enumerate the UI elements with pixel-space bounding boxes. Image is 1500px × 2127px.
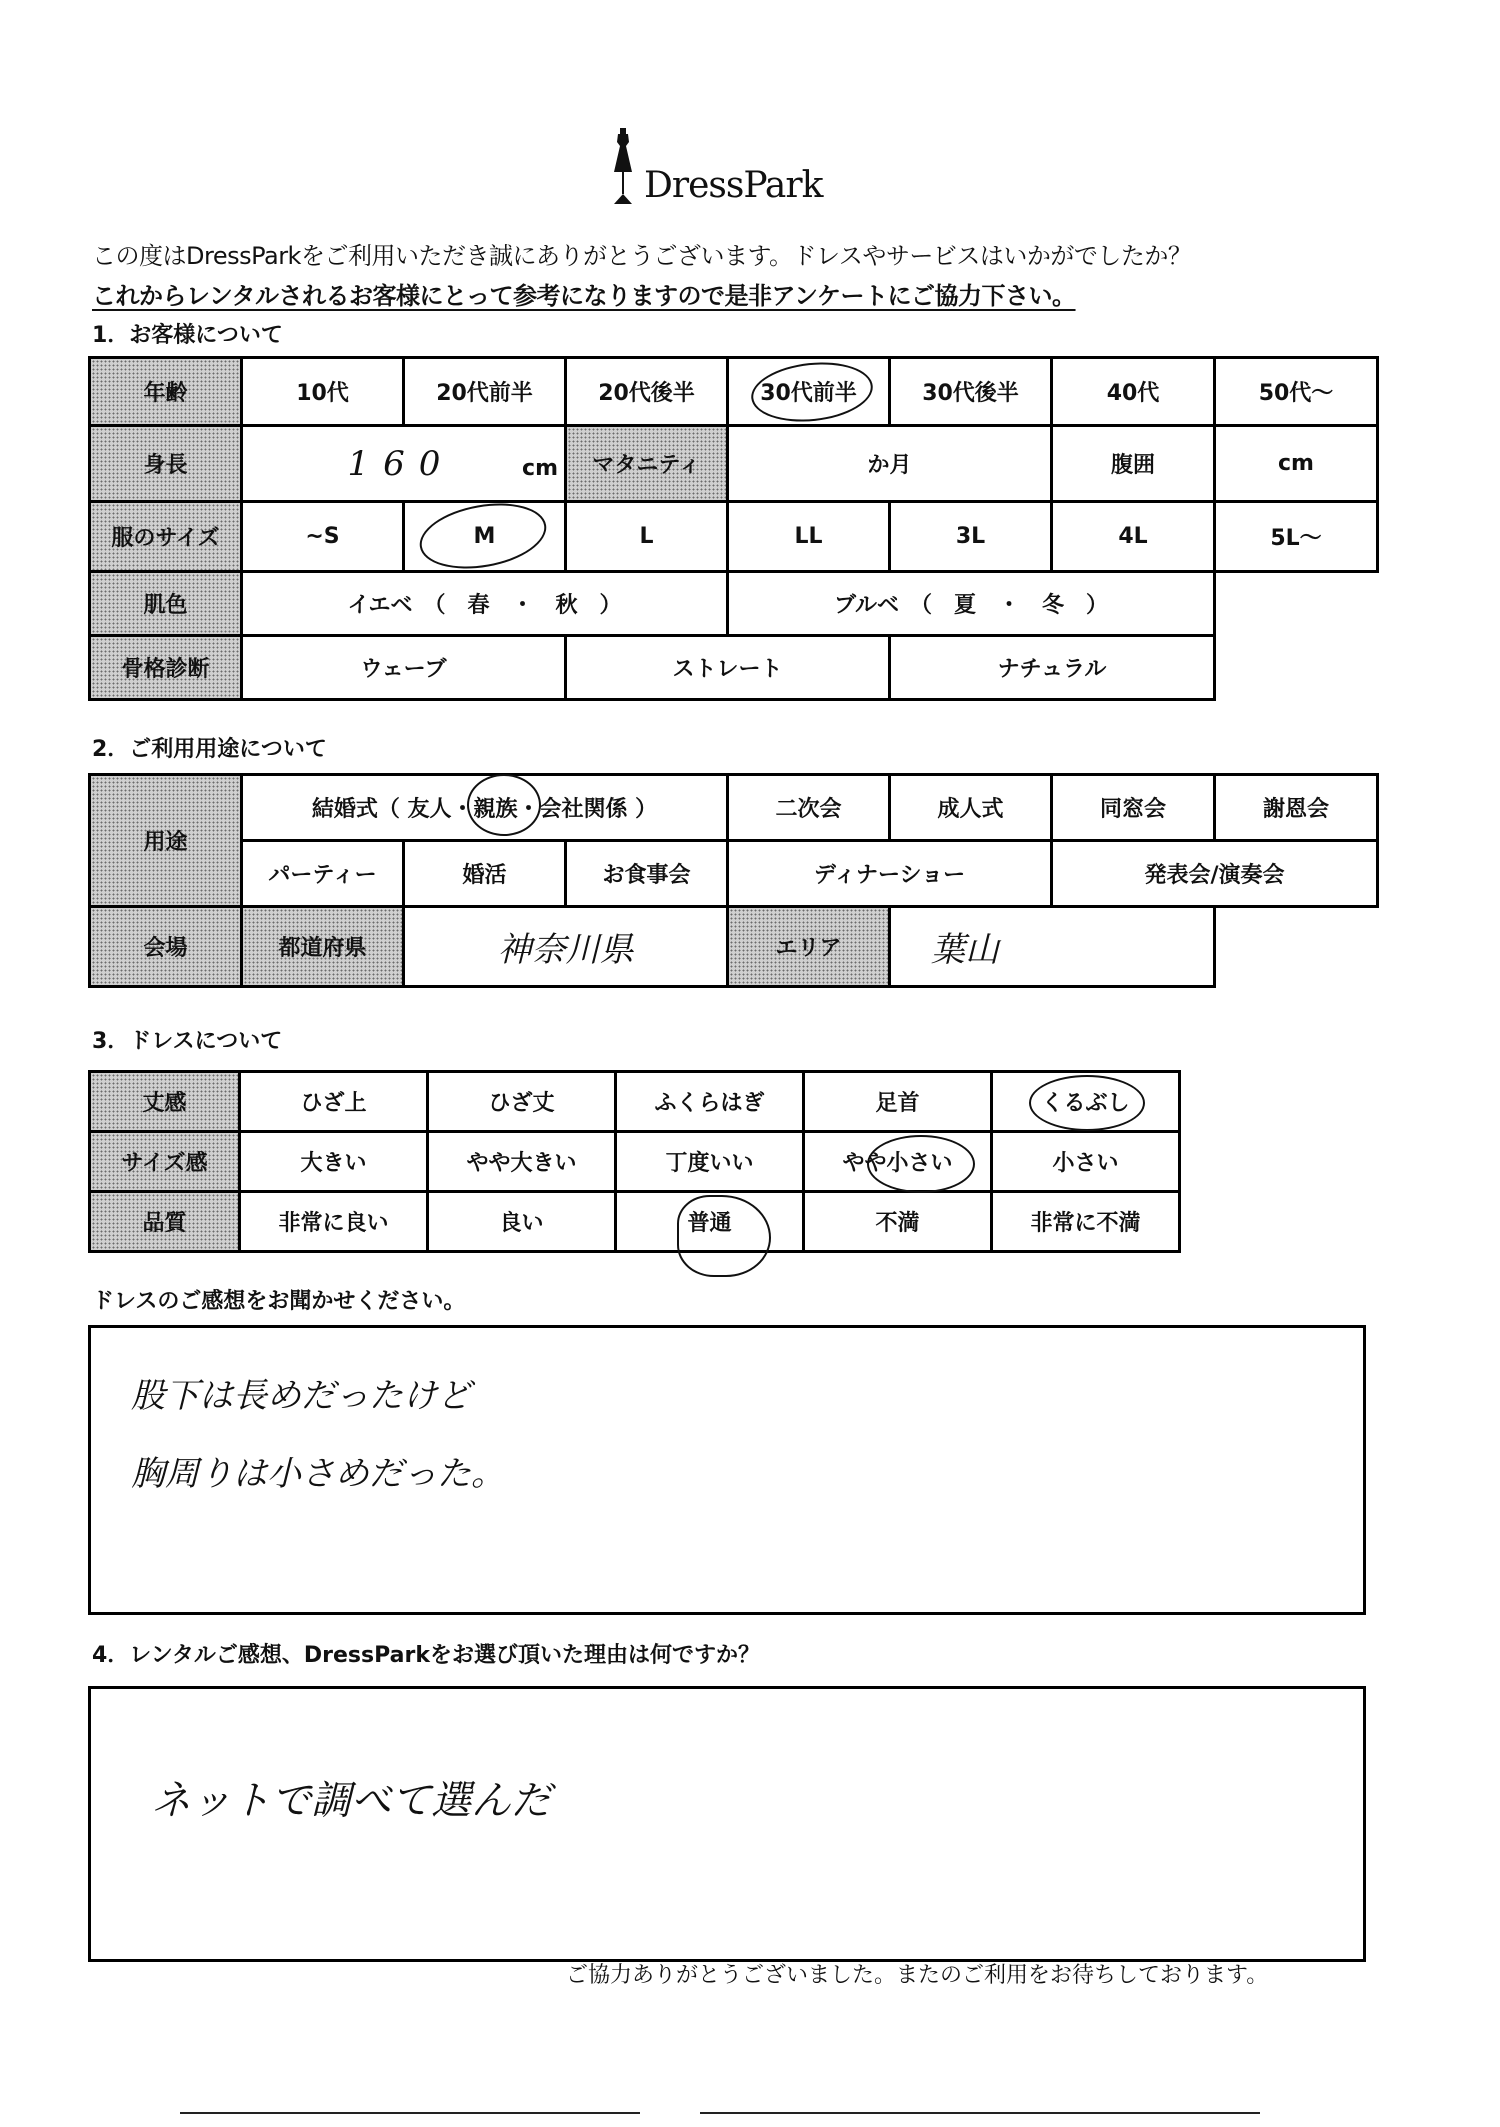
fit-option-selected[interactable]: やや小さい <box>804 1132 992 1192</box>
purpose-option[interactable]: 謝恩会 <box>1215 775 1378 841</box>
thanks-message: ご協力ありがとうございました。またのご利用をお待ちしております。 <box>566 1958 1268 1989</box>
dresspark-logo: DressPark <box>608 128 822 206</box>
size-option-selected[interactable]: M <box>404 502 566 572</box>
fit-row: サイズ感 大きい やや大きい 丁度いい やや小さい 小さい <box>90 1132 1180 1192</box>
venue-row: 会場 都道府県 神奈川県 エリア 葉山 <box>90 907 1378 987</box>
fit-option[interactable]: 小さい <box>992 1132 1180 1192</box>
fit-option-label: やや小さい <box>842 1151 952 1176</box>
waist-field[interactable]: cm <box>1215 426 1378 502</box>
quality-option[interactable]: 非常に不満 <box>992 1192 1180 1252</box>
length-option[interactable]: ひざ丈 <box>428 1072 616 1132</box>
purpose-label: 用途 <box>90 775 242 907</box>
length-row: 丈感 ひざ上 ひざ丈 ふくらはぎ 足首 くるぶし <box>90 1072 1180 1132</box>
size-option-label: M <box>474 524 496 549</box>
purpose-option[interactable]: お食事会 <box>566 841 728 907</box>
height-label: 身長 <box>90 426 242 502</box>
reason-answer-box[interactable]: ネットで調べて選んだ <box>88 1686 1366 1962</box>
maternity-months-field[interactable]: か月 <box>728 426 1052 502</box>
age-option-label: 30代前半 <box>760 381 857 406</box>
reason-answer: ネットで調べて選んだ <box>151 1769 551 1826</box>
dress-table: 丈感 ひざ上 ひざ丈 ふくらはぎ 足首 くるぶし サイズ感 大きい やや大きい … <box>88 1070 1181 1253</box>
age-option[interactable]: 30代後半 <box>890 358 1052 426</box>
size-option[interactable]: L <box>566 502 728 572</box>
area-value: 葉山 <box>931 930 999 970</box>
age-option[interactable]: 20代後半 <box>566 358 728 426</box>
length-option[interactable]: ひざ上 <box>240 1072 428 1132</box>
purpose-option[interactable]: 二次会 <box>728 775 890 841</box>
skeleton-option[interactable]: ストレート <box>566 636 890 700</box>
quality-option[interactable]: 不満 <box>804 1192 992 1252</box>
dress-form-icon <box>608 128 638 206</box>
quality-label: 品質 <box>90 1192 240 1252</box>
purpose-row-1: 用途 結婚式（ 友人・親族・会社関係 ） 二次会 成人式 同窓会 謝恩会 <box>90 775 1378 841</box>
section3-title: 3．ドレスについて <box>92 1024 282 1055</box>
height-row: 身長 160 cm マタニティ か月 腹囲 cm <box>90 426 1378 502</box>
maternity-unit: か月 <box>867 453 911 478</box>
fit-option[interactable]: やや大きい <box>428 1132 616 1192</box>
size-option[interactable]: 5L～ <box>1215 502 1378 572</box>
signature-line <box>700 2112 1260 2114</box>
age-option[interactable]: 10代 <box>242 358 404 426</box>
skin-label: 肌色 <box>90 572 242 636</box>
skin-option[interactable]: ブルベ （ 夏 ・ 冬 ） <box>728 572 1215 636</box>
skin-row: 肌色 イエベ （ 春 ・ 秋 ） ブルベ （ 夏 ・ 冬 ） <box>90 572 1378 636</box>
section1-title: 1．お客様について <box>92 318 283 349</box>
customer-info-table: 年齢 10代 20代前半 20代後半 30代前半 30代後半 40代 50代～ … <box>88 356 1379 701</box>
dress-comment-line: 胸周りは小さめだった。 <box>131 1446 505 1495</box>
age-row: 年齢 10代 20代前半 20代後半 30代前半 30代後半 40代 50代～ <box>90 358 1378 426</box>
waist-unit: cm <box>1278 451 1314 476</box>
purpose-option[interactable]: 成人式 <box>890 775 1052 841</box>
fit-option[interactable]: 丁度いい <box>616 1132 804 1192</box>
purpose-option-wedding[interactable]: 結婚式（ 友人・親族・会社関係 ） <box>242 775 728 841</box>
brand-name: DressPark <box>644 165 822 206</box>
intro-text: この度はDressParkをご利用いただき誠にありがとうございます。ドレスやサー… <box>92 236 1191 271</box>
purpose-table: 用途 結婚式（ 友人・親族・会社関係 ） 二次会 成人式 同窓会 謝恩会 パーテ… <box>88 773 1379 988</box>
size-label: 服のサイズ <box>90 502 242 572</box>
signature-line <box>180 2112 640 2114</box>
section2-title: 2．ご利用用途について <box>92 732 327 763</box>
skin-option[interactable]: イエベ （ 春 ・ 秋 ） <box>242 572 728 636</box>
quality-option-label: 普通 <box>687 1211 731 1236</box>
height-value: 160 <box>347 444 454 484</box>
purpose-option[interactable]: 同窓会 <box>1052 775 1215 841</box>
age-option-selected[interactable]: 30代前半 <box>728 358 890 426</box>
size-option[interactable]: 3L <box>890 502 1052 572</box>
venue-label: 会場 <box>90 907 242 987</box>
size-option[interactable]: 4L <box>1052 502 1215 572</box>
area-label: エリア <box>728 907 890 987</box>
length-label: 丈感 <box>90 1072 240 1132</box>
dress-comment-label: ドレスのご感想をお聞かせください。 <box>92 1284 465 1315</box>
purpose-option[interactable]: パーティー <box>242 841 404 907</box>
length-option[interactable]: ふくらはぎ <box>616 1072 804 1132</box>
prefecture-label: 都道府県 <box>242 907 404 987</box>
quality-row: 品質 非常に良い 良い 普通 不満 非常に不満 <box>90 1192 1180 1252</box>
age-option[interactable]: 40代 <box>1052 358 1215 426</box>
prefecture-field[interactable]: 神奈川県 <box>404 907 728 987</box>
height-field[interactable]: 160 cm <box>242 426 566 502</box>
skeleton-row: 骨格診断 ウェーブ ストレート ナチュラル <box>90 636 1378 700</box>
purpose-option[interactable]: ディナーショー <box>728 841 1052 907</box>
area-field[interactable]: 葉山 <box>890 907 1215 987</box>
fit-label: サイズ感 <box>90 1132 240 1192</box>
purpose-row-2: パーティー 婚活 お食事会 ディナーショー 発表会/演奏会 <box>90 841 1378 907</box>
quality-option[interactable]: 良い <box>428 1192 616 1252</box>
length-option[interactable]: 足首 <box>804 1072 992 1132</box>
purpose-option[interactable]: 婚活 <box>404 841 566 907</box>
size-option[interactable]: LL <box>728 502 890 572</box>
fit-option[interactable]: 大きい <box>240 1132 428 1192</box>
purpose-option[interactable]: 発表会/演奏会 <box>1052 841 1378 907</box>
dress-comment-line: 股下は長めだったけど <box>131 1368 471 1417</box>
length-option-selected[interactable]: くるぶし <box>992 1072 1180 1132</box>
age-option[interactable]: 20代前半 <box>404 358 566 426</box>
maternity-label: マタニティ <box>566 426 728 502</box>
section4-title: 4．レンタルご感想、DressParkをお選び頂いた理由は何ですか？ <box>92 1638 760 1669</box>
selection-circle <box>677 1195 771 1277</box>
prefecture-value: 神奈川県 <box>498 930 634 970</box>
skeleton-label: 骨格診断 <box>90 636 242 700</box>
quality-option[interactable]: 非常に良い <box>240 1192 428 1252</box>
skeleton-option[interactable]: ナチュラル <box>890 636 1215 700</box>
size-option[interactable]: ~S <box>242 502 404 572</box>
skeleton-option[interactable]: ウェーブ <box>242 636 566 700</box>
length-option-label: くるぶし <box>1041 1091 1129 1116</box>
size-row: 服のサイズ ~S M L LL 3L 4L 5L～ <box>90 502 1378 572</box>
waist-label: 腹囲 <box>1052 426 1215 502</box>
quality-option-selected[interactable]: 普通 <box>616 1192 804 1252</box>
purpose-option-label: 結婚式（ 友人・親族・会社関係 ） <box>312 797 657 822</box>
dress-comment-box[interactable]: 股下は長めだったけど 胸周りは小さめだった。 <box>88 1325 1366 1615</box>
height-unit: cm <box>522 456 558 481</box>
age-option[interactable]: 50代～ <box>1215 358 1378 426</box>
intro-request-text: これからレンタルされるお客様にとって参考になりますので是非アンケートにご協力下さ… <box>92 276 1076 311</box>
age-label: 年齢 <box>90 358 242 426</box>
